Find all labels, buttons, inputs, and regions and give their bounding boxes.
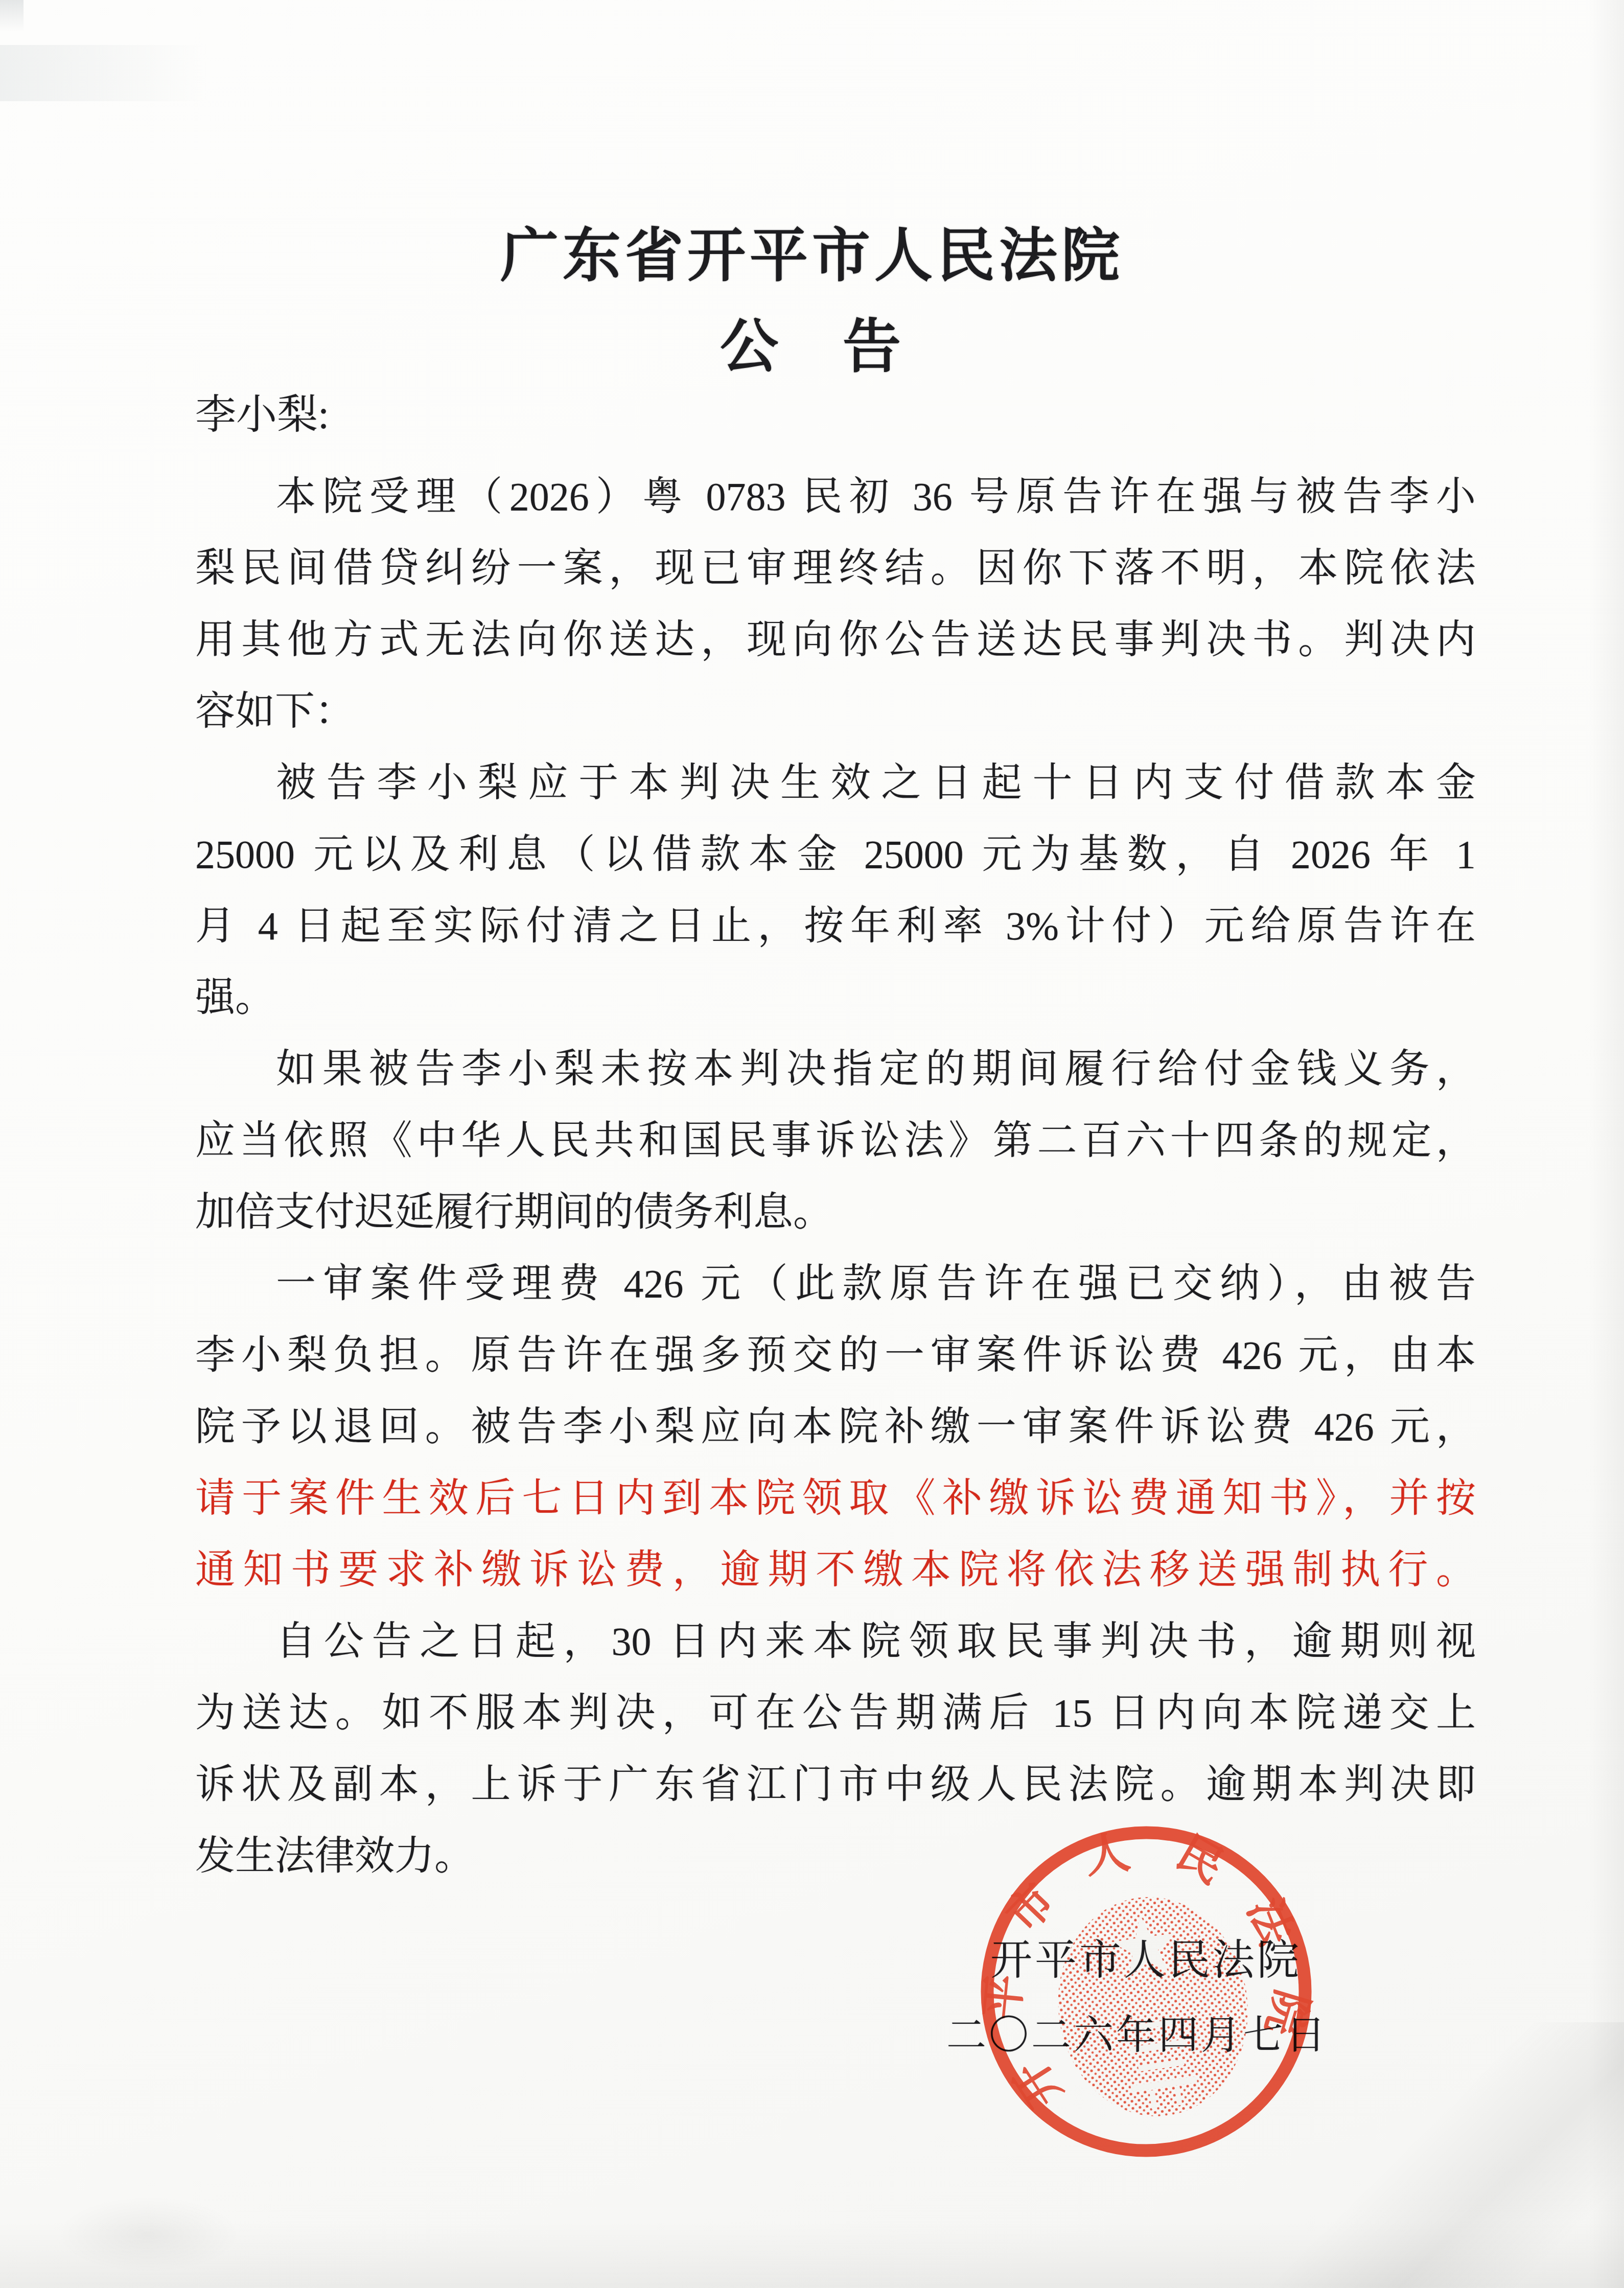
body-line: 请于案件生效后七日内到本院领取《补缴诉讼费通知书》，并按	[195, 1463, 1476, 1534]
body-line: 被告李小梨应于本判决生效之日起十日内支付借款本金	[195, 747, 1476, 819]
body-line: 强。	[195, 962, 1476, 1033]
body-line: 自公告之日起，30 日内来本院领取民事判决书，逾期则视	[195, 1606, 1476, 1677]
notice-title: 公 告	[0, 299, 1624, 383]
body-line: 加倍支付迟延履行期间的债务利息。	[195, 1176, 1476, 1248]
seal-emblem	[1044, 1885, 1262, 2129]
body-line: 一审案件受理费 426 元（此款原告许在强已交纳），由被告	[195, 1248, 1476, 1320]
court-title: 广东省开平市人民法院	[0, 209, 1624, 292]
body-line: 25000 元以及利息（以借款本金 25000 元为基数，自 2026 年 1	[195, 819, 1476, 890]
addressee: 李小梨:	[195, 392, 329, 437]
body-line: 月 4 日起至实际付清之日止，按年利率 3%计付）元给原告许在	[195, 890, 1476, 962]
body-line: 院予以退回。被告李小梨应向本院补缴一审案件诉讼费 426 元，	[195, 1391, 1476, 1463]
body-line: 本院受理（2026）粤 0783 民初 36 号原告许在强与被告李小	[195, 461, 1476, 533]
notice-body: 本院受理（2026）粤 0783 民初 36 号原告许在强与被告李小梨民间借贷纠…	[195, 461, 1476, 1892]
scan-shade-bottom-edge	[0, 2222, 1624, 2288]
body-line: 如果被告李小梨未按本判决指定的期间履行给付金钱义务，	[195, 1033, 1476, 1105]
body-line: 应当依照《中华人民共和国民事诉讼法》第二百六十四条的规定，	[195, 1105, 1476, 1176]
scan-smudge-top-left	[0, 0, 24, 32]
body-line: 容如下：	[195, 676, 1476, 747]
scan-smudge-top-band	[0, 45, 245, 101]
body-line: 通知书要求补缴诉讼费，逾期不缴本院将依法移送强制执行。	[195, 1534, 1476, 1606]
court-seal: 开平市人民法院	[958, 1803, 1335, 2181]
scanned-court-notice: 广东省开平市人民法院 公 告 李小梨: 本院受理（2026）粤 0783 民初 …	[0, 0, 1624, 2288]
scan-smudge-bottom-left	[56, 2196, 240, 2273]
body-line: 用其他方式无法向你送达，现向你公告送达民事判决书。判决内	[195, 604, 1476, 676]
body-line: 李小梨负担。原告许在强多预交的一审案件诉讼费 426 元，由本	[195, 1320, 1476, 1391]
body-line: 为送达。如不服本判决，可在公告期满后 15 日内向本院递交上	[195, 1677, 1476, 1749]
body-line: 梨民间借贷纠纷一案，现已审理终结。因你下落不明，本院依法	[195, 533, 1476, 604]
